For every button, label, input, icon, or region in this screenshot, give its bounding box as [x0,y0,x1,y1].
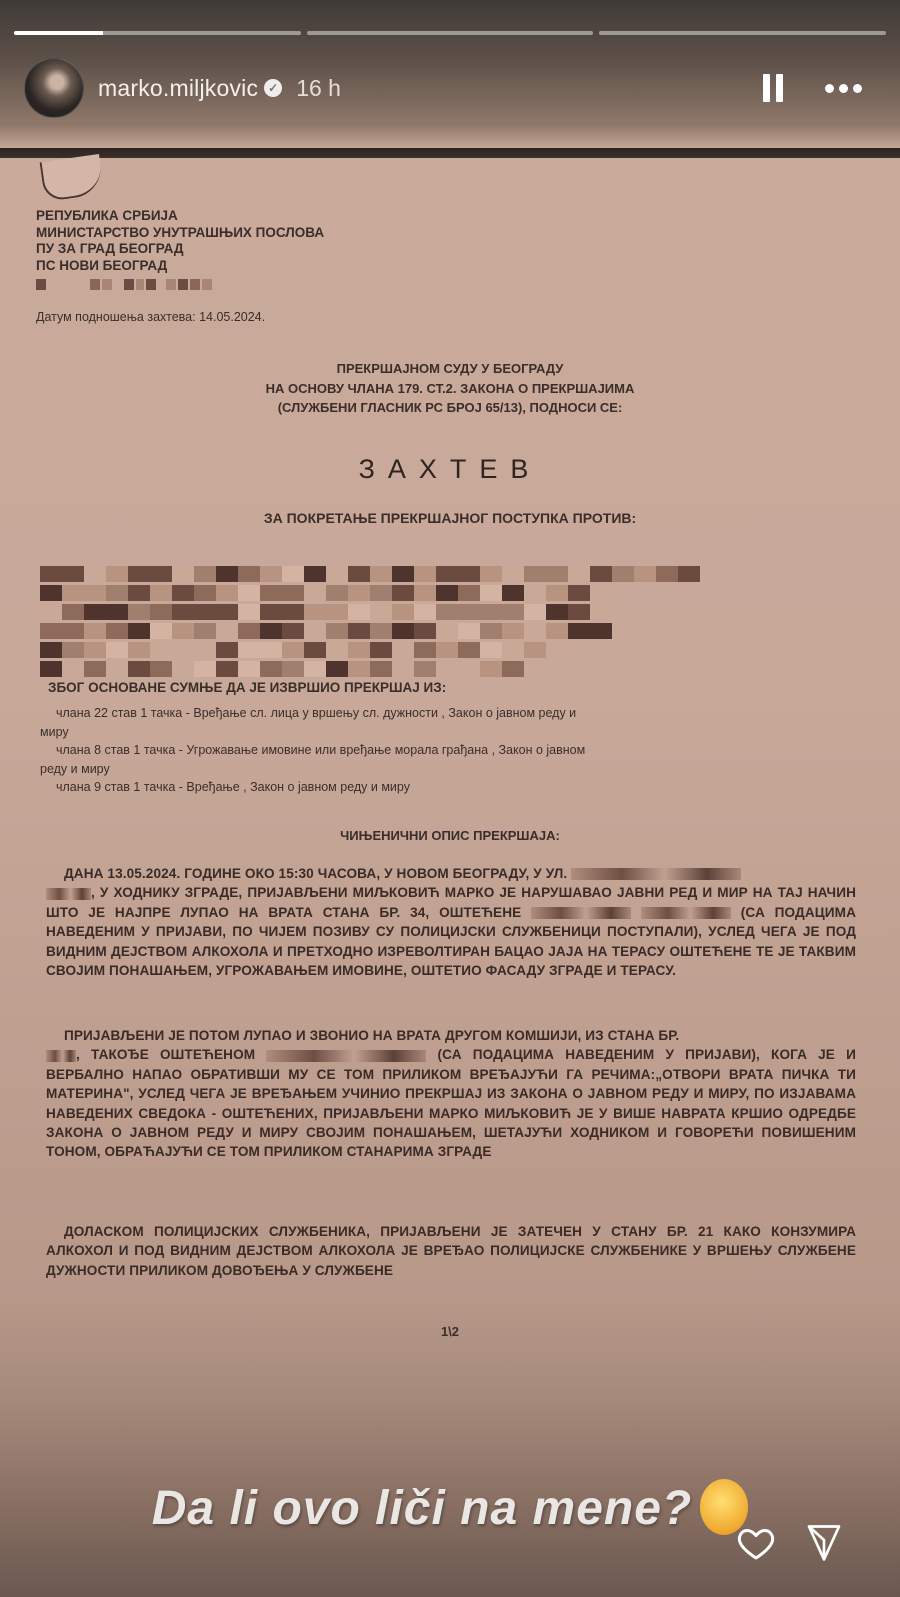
progress-segment-3 [599,31,886,35]
article-line: члана 8 став 1 тачка - Угрожавање имовин… [40,741,860,760]
issuing-authority: РЕПУБЛИКА СРБИЈА МИНИСТАРСТВО УНУТРАШЊИХ… [36,208,324,293]
timestamp: 16 h [296,75,341,102]
caption-text: Da li ovo liči na mene? [152,1482,692,1535]
pause-icon-bar [776,74,783,102]
more-options-button[interactable] [825,84,862,93]
paragraph-text: , У ХОДНИКУ ЗГРАДЕ, ПРИЈАВЉЕНИ МИЉКОВИЋ … [46,885,856,919]
submission-date: Датум подношења захтева: 14.05.2024. [36,310,265,324]
article-line: миру [40,723,860,742]
username[interactable]: marko.miljkovic [98,75,258,102]
document-title: ЗАХТЕВ [0,454,900,485]
document-subtitle: ЗА ПОКРЕТАЊЕ ПРЕКРШАЈНОГ ПОСТУПКА ПРОТИВ… [0,510,900,526]
org-line: МИНИСТАРСТВО УНУТРАШЊИХ ПОСЛОВА [36,225,324,242]
paragraph-2: ПРИЈАВЉЕНИ ЈЕ ПОТОМ ЛУПАО И ЗВОНИО НА ВР… [46,1026,856,1162]
pause-button[interactable] [763,74,785,102]
more-dot [839,84,848,93]
redacted-number [46,1050,76,1062]
more-dot [853,84,862,93]
org-line: РЕПУБЛИКА СРБИЈА [36,208,324,225]
redacted-number [46,888,91,900]
paper-tear [40,154,105,202]
more-options-icon [825,84,834,93]
redacted-personal-data [40,566,720,676]
verified-badge-icon: ✓ [264,79,282,97]
redacted-name [641,907,731,919]
avatar[interactable] [24,58,84,118]
redacted-street [571,868,741,880]
heart-icon[interactable] [736,1523,776,1563]
redacted-name [266,1050,426,1062]
paragraph-text: (СА ПОДАЦИМА НАВЕДЕНИМ У ПРИЈАВИ), КОГА … [46,1047,856,1159]
story-viewer[interactable]: marko.miljkovic ✓ 16 h РЕПУБЛИКА СРБИЈА … [0,0,900,1597]
offense-reason: ЗБОГ ОСНОВАНЕ СУМЊЕ ДА ЈЕ ИЗВРШИО ПРЕКРШ… [48,680,446,695]
send-icon[interactable] [806,1521,842,1565]
court-line: (СЛУЖБЕНИ ГЛАСНИК РС БРОЈ 65/13), ПОДНОС… [0,399,900,417]
paragraph-3: ДОЛАСКОМ ПОЛИЦИЈСКИХ СЛУЖБЕНИКА, ПРИЈАВЉ… [46,1222,856,1280]
offense-articles: члана 22 став 1 тачка - Вређање сл. лица… [40,704,860,797]
progress-segment-1 [14,31,301,35]
court-line: ПРЕКРШАЈНОМ СУДУ У БЕОГРАДУ [0,360,900,378]
story-header: marko.miljkovic ✓ 16 h [24,58,876,118]
progress-segment-2 [307,31,594,35]
document-photo: РЕПУБЛИКА СРБИЈА МИНИСТАРСТВО УНУТРАШЊИХ… [0,148,900,1398]
paragraph-text: ПРИЈАВЉЕНИ ЈЕ ПОТОМ ЛУПАО И ЗВОНИО НА ВР… [64,1028,679,1043]
org-line: ПС НОВИ БЕОГРАД [36,258,324,275]
redacted-name [531,907,631,919]
article-line: члана 9 став 1 тачка - Вређање , Закон о… [40,778,860,797]
redacted-reference [36,276,324,293]
paragraph-1: ДАНА 13.05.2024. ГОДИНЕ ОКО 15:30 ЧАСОВА… [46,864,856,980]
section-title: ЧИЊЕНИЧНИ ОПИС ПРЕКРШАЈА: [0,828,900,843]
org-line: ПУ ЗА ГРАД БЕОГРАД [36,241,324,258]
pause-icon [763,74,770,102]
paragraph-text: ДАНА 13.05.2024. ГОДИНЕ ОКО 15:30 ЧАСОВА… [64,866,567,881]
court-line: НА ОСНОВУ ЧЛАНА 179. СТ.2. ЗАКОНА О ПРЕК… [0,380,900,398]
paragraph-text: , ТАКОЂЕ ОШТЕЋЕНОМ [76,1047,255,1062]
article-line: члана 22 став 1 тачка - Вређање сл. лица… [40,704,860,723]
document-top-edge [0,148,900,158]
article-line: реду и миру [40,760,860,779]
story-progress-bar [14,31,886,35]
page-number: 1\2 [0,1324,900,1339]
